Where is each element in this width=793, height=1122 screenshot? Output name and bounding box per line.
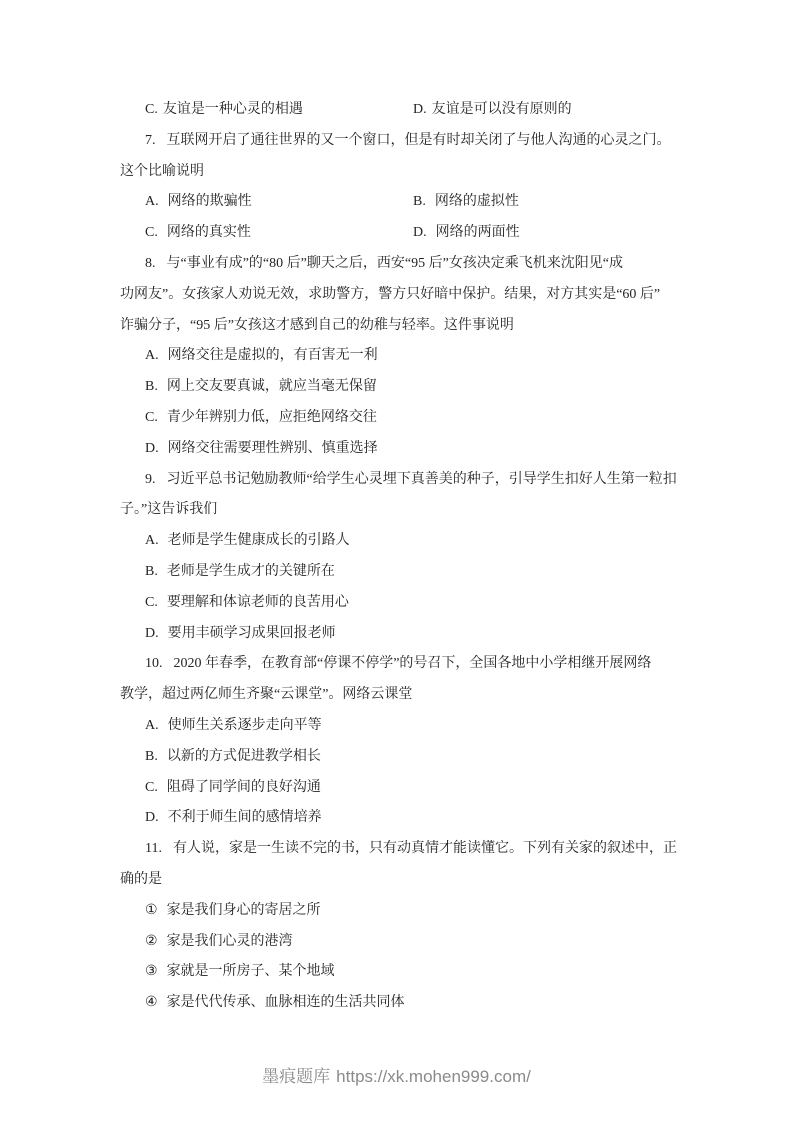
option-label: A. [145, 718, 159, 733]
option-label: ② [145, 934, 158, 949]
question-9-option-1: A.老师是学生健康成长的引路人 [120, 526, 690, 557]
option-text: 网络交往需要理性辨别、慎重选择 [168, 441, 378, 456]
question-number: 8. [145, 256, 156, 271]
document-body: C.友谊是一种心灵的相遇D.友谊是可以没有原则的7.互联网开启了通往世界的又一个… [120, 95, 690, 1019]
footer-url: https://xk.mohen999.com/ [336, 1067, 531, 1086]
question-stem-text: 诈骗分子，“95 后”女孩这才感到自己的幼稚与轻率。这件事说明 [120, 318, 514, 333]
question-8-stem-line-1: 8.与“事业有成”的“80 后”聊天之后，西安“95 后”女孩决定乘飞机来沈阳见… [120, 249, 690, 280]
option-label: B. [145, 379, 158, 394]
question-10-stem-line-2: 教学，超过两亿师生齐聚“云课堂”。网络云课堂 [120, 680, 690, 711]
option-text: 老师是学生健康成长的引路人 [168, 533, 350, 548]
question-7-stem-line-2: 这个比喻说明 [120, 157, 690, 188]
option-text: 以新的方式促进教学相长 [167, 749, 321, 764]
option-label: B. [413, 194, 426, 209]
question-number: 7. [145, 133, 156, 148]
option-text: 网络的虚拟性 [435, 194, 519, 209]
question-7-option-1: A.网络的欺骗性 [145, 187, 413, 218]
option-text: 不利于师生间的感情培养 [168, 810, 322, 825]
question-8: 8.与“事业有成”的“80 后”聊天之后，西安“95 后”女孩决定乘飞机来沈阳见… [120, 249, 690, 465]
question-7-option-2: B.网络的虚拟性 [413, 187, 519, 218]
page-footer: 墨痕题库https://xk.mohen999.com/ [0, 1064, 793, 1090]
option-text: 网络交往是虚拟的，有百害无一利 [168, 348, 378, 363]
question-stem-text: 子。”这告诉我们 [120, 502, 217, 517]
carryover-option-1: C.友谊是一种心灵的相遇 [145, 95, 413, 126]
question-stem-text: 2020 年春季，在教育部“停课不停学”的号召下，全国各地中小学相继开展网络 [174, 656, 652, 671]
carryover-option-2: D.友谊是可以没有原则的 [413, 95, 572, 126]
option-text: 网络的真实性 [167, 225, 251, 240]
question-8-option-4: D.网络交往需要理性辨别、慎重选择 [120, 434, 690, 465]
option-text: 青少年辨别力低，应拒绝网络交往 [167, 410, 377, 425]
option-text: 老师是学生成才的关键所在 [167, 564, 335, 579]
option-text: 网络的欺骗性 [168, 194, 252, 209]
question-7-option-4: D.网络的两面性 [413, 218, 520, 249]
question-9-stem-line-1: 9.习近平总书记勉励教师“给学生心灵埋下真善美的种子，引导学生扣好人生第一粒扣 [120, 465, 690, 496]
question-7-options-row-2: C.网络的真实性D.网络的两面性 [120, 218, 690, 249]
option-label: ③ [145, 964, 158, 979]
carryover-options-row: C.友谊是一种心灵的相遇D.友谊是可以没有原则的 [120, 95, 690, 126]
option-label: C. [145, 410, 158, 425]
question-stem-text: 这个比喻说明 [120, 164, 204, 179]
question-stem-text: 有人说，家是一生读不完的书，只有动真情才能读懂它。下列有关家的叙述中，正 [173, 841, 677, 856]
option-label: B. [145, 564, 158, 579]
question-stem-text: 与“事业有成”的“80 后”聊天之后，西安“95 后”女孩决定乘飞机来沈阳见“成 [167, 256, 624, 271]
question-10-option-2: B.以新的方式促进教学相长 [120, 742, 690, 773]
question-number: 10. [145, 656, 163, 671]
question-11-stem-line-2: 确的是 [120, 865, 690, 896]
option-label: A. [145, 533, 159, 548]
question-stem-text: 互联网开启了通往世界的又一个窗口，但是有时却关闭了与他人沟通的心灵之门。 [167, 133, 671, 148]
question-7-options-row-1: A.网络的欺骗性B.网络的虚拟性 [120, 187, 690, 218]
question-9-option-2: B.老师是学生成才的关键所在 [120, 557, 690, 588]
option-text: 要用丰硕学习成果回报老师 [168, 626, 336, 641]
option-label: A. [145, 194, 159, 209]
option-label: ① [145, 903, 158, 918]
question-8-stem-line-2: 功网友”。女孩家人劝说无效，求助警方，警方只好暗中保护。结果，对方其实是“60 … [120, 280, 690, 311]
question-11-option-1: ①家是我们身心的寄居之所 [120, 896, 690, 927]
option-text: 阻碍了同学间的良好沟通 [167, 780, 321, 795]
question-11-option-2: ②家是我们心灵的港湾 [120, 927, 690, 958]
option-label: A. [145, 348, 159, 363]
option-label: B. [145, 749, 158, 764]
option-label: ④ [145, 995, 158, 1010]
question-10-stem-line-1: 10.2020 年春季，在教育部“停课不停学”的号召下，全国各地中小学相继开展网… [120, 649, 690, 680]
option-text: 友谊是一种心灵的相遇 [163, 102, 303, 117]
option-text: 家是我们心灵的港湾 [167, 934, 293, 949]
option-label: C. [145, 780, 158, 795]
option-text: 使师生关系逐步走向平等 [168, 718, 322, 733]
question-stem-text: 确的是 [120, 872, 162, 887]
option-label: C. [145, 102, 158, 117]
question-7: 7.互联网开启了通往世界的又一个窗口，但是有时却关闭了与他人沟通的心灵之门。这个… [120, 126, 690, 249]
question-stem-text: 功网友”。女孩家人劝说无效，求助警方，警方只好暗中保护。结果，对方其实是“60 … [120, 287, 660, 302]
question-stem-text: 习近平总书记勉励教师“给学生心灵埋下真善美的种子，引导学生扣好人生第一粒扣 [167, 472, 677, 487]
question-11-option-4: ④家是代代传承、血脉相连的生活共同体 [120, 988, 690, 1019]
option-label: D. [413, 102, 427, 117]
option-label: D. [145, 810, 159, 825]
footer-site-name: 墨痕题库 [262, 1067, 330, 1086]
question-11-stem-line-1: 11.有人说，家是一生读不完的书，只有动真情才能读懂它。下列有关家的叙述中，正 [120, 834, 690, 865]
question-8-option-2: B.网上交友要真诚，就应当毫无保留 [120, 372, 690, 403]
question-9-stem-line-2: 子。”这告诉我们 [120, 495, 690, 526]
question-10-option-1: A.使师生关系逐步走向平等 [120, 711, 690, 742]
question-number: 11. [145, 841, 162, 856]
question-11-option-3: ③家就是一所房子、某个地域 [120, 957, 690, 988]
option-text: 家就是一所房子、某个地域 [167, 964, 335, 979]
question-10-option-4: D.不利于师生间的感情培养 [120, 803, 690, 834]
question-11: 11.有人说，家是一生读不完的书，只有动真情才能读懂它。下列有关家的叙述中，正确… [120, 834, 690, 1019]
option-text: 家是我们身心的寄居之所 [167, 903, 321, 918]
option-label: D. [413, 225, 427, 240]
question-number: 9. [145, 472, 156, 487]
option-text: 网上交友要真诚，就应当毫无保留 [167, 379, 377, 394]
question-10-option-3: C.阻碍了同学间的良好沟通 [120, 773, 690, 804]
question-7-stem-line-1: 7.互联网开启了通往世界的又一个窗口，但是有时却关闭了与他人沟通的心灵之门。 [120, 126, 690, 157]
question-7-option-3: C.网络的真实性 [145, 218, 413, 249]
option-text: 要理解和体谅老师的良苦用心 [167, 595, 349, 610]
option-label: C. [145, 595, 158, 610]
question-9-option-4: D.要用丰硕学习成果回报老师 [120, 619, 690, 650]
option-label: D. [145, 441, 159, 456]
question-9: 9.习近平总书记勉励教师“给学生心灵埋下真善美的种子，引导学生扣好人生第一粒扣子… [120, 465, 690, 650]
option-label: C. [145, 225, 158, 240]
option-label: D. [145, 626, 159, 641]
question-8-option-3: C.青少年辨别力低，应拒绝网络交往 [120, 403, 690, 434]
question-8-stem-line-3: 诈骗分子，“95 后”女孩这才感到自己的幼稚与轻率。这件事说明 [120, 311, 690, 342]
question-9-option-3: C.要理解和体谅老师的良苦用心 [120, 588, 690, 619]
exam-page: C.友谊是一种心灵的相遇D.友谊是可以没有原则的7.互联网开启了通往世界的又一个… [0, 0, 793, 1122]
question-stem-text: 教学，超过两亿师生齐聚“云课堂”。网络云课堂 [120, 687, 412, 702]
option-text: 友谊是可以没有原则的 [432, 102, 572, 117]
option-text: 家是代代传承、血脉相连的生活共同体 [167, 995, 405, 1010]
question-10: 10.2020 年春季，在教育部“停课不停学”的号召下，全国各地中小学相继开展网… [120, 649, 690, 834]
question-8-option-1: A.网络交往是虚拟的，有百害无一利 [120, 341, 690, 372]
option-text: 网络的两面性 [436, 225, 520, 240]
